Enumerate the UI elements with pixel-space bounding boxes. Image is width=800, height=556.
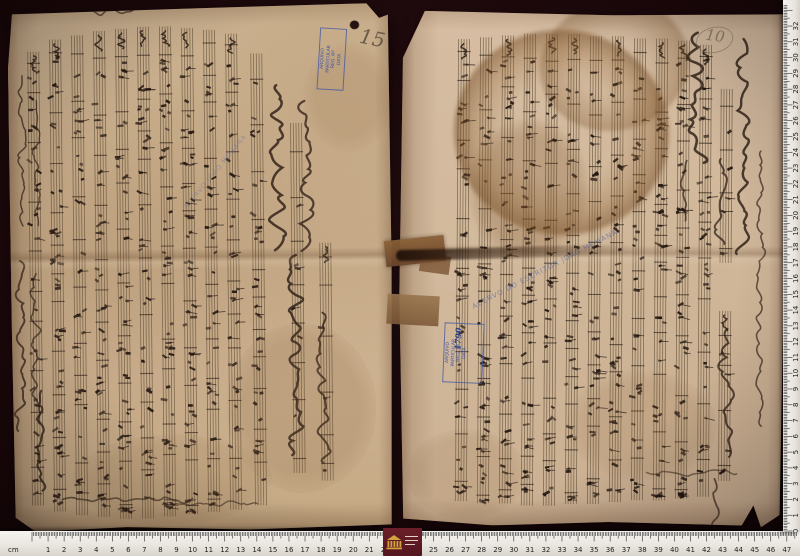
ruler-vertical-scale: 0123456789101112131415161718192021222324… (783, 0, 800, 532)
svg-text:6: 6 (126, 546, 131, 554)
archive-stamp-right: ARQUIVO PARTICULAR REG. Nº DATA 1790 (441, 321, 485, 385)
svg-text:7: 7 (792, 418, 800, 422)
svg-text:17: 17 (792, 258, 800, 267)
svg-text:21: 21 (365, 546, 374, 554)
svg-text:3: 3 (792, 481, 800, 485)
logo-text-line (405, 544, 415, 545)
svg-text:4: 4 (792, 465, 800, 470)
svg-text:41: 41 (686, 546, 695, 554)
manuscript-page-left: ACERVO JOÃO MOHANA ARQUIVO PARTICULAR RE… (10, 4, 392, 530)
archive-stamp-left: ARQUIVO PARTICULAR REG. Nº DATA (315, 26, 348, 92)
svg-text:cm: cm (8, 546, 19, 554)
svg-text:1: 1 (46, 546, 50, 554)
svg-text:12: 12 (792, 337, 800, 346)
svg-text:9: 9 (174, 546, 178, 554)
svg-text:26: 26 (792, 116, 800, 125)
svg-text:39: 39 (654, 546, 663, 554)
svg-text:31: 31 (525, 546, 534, 554)
svg-text:18: 18 (792, 242, 800, 251)
svg-text:10: 10 (188, 546, 197, 554)
svg-text:25: 25 (429, 546, 438, 554)
svg-text:20: 20 (792, 211, 800, 220)
page-number-pencil-left: 15 (357, 24, 387, 53)
page-number-pencil-right: 10 (705, 26, 726, 46)
svg-text:10: 10 (792, 369, 800, 378)
svg-text:19: 19 (792, 227, 800, 236)
svg-text:16: 16 (792, 274, 800, 283)
music-notation-layer-right (396, 9, 786, 528)
svg-text:30: 30 (792, 53, 800, 62)
svg-text:44: 44 (734, 546, 743, 554)
archive-logo-building-icon (385, 532, 405, 552)
svg-text:15: 15 (792, 290, 800, 299)
svg-text:33: 33 (558, 546, 567, 554)
svg-text:46: 46 (766, 546, 775, 554)
svg-text:5: 5 (110, 546, 114, 554)
photograph: ACERVO JOÃO MOHANA ARQUIVO PARTICULAR RE… (0, 0, 800, 556)
tape-repair (386, 294, 439, 327)
svg-text:27: 27 (461, 546, 470, 554)
svg-text:22: 22 (792, 179, 800, 188)
svg-text:36: 36 (606, 546, 615, 554)
svg-text:9: 9 (792, 387, 800, 391)
svg-text:26: 26 (445, 546, 454, 554)
svg-text:4: 4 (94, 546, 99, 554)
manuscript-page-right: ACERVO DO ESCRITOR JOÃO MOHANA ARQUIVO P… (398, 10, 784, 526)
svg-text:11: 11 (792, 353, 800, 362)
svg-text:37: 37 (622, 546, 631, 554)
svg-text:24: 24 (792, 147, 800, 156)
svg-text:25: 25 (792, 132, 800, 141)
svg-text:15: 15 (268, 546, 277, 554)
svg-text:3: 3 (78, 546, 82, 554)
svg-text:30: 30 (509, 546, 518, 554)
svg-text:31: 31 (792, 37, 800, 46)
svg-text:47: 47 (782, 546, 791, 554)
svg-text:13: 13 (236, 546, 245, 554)
svg-text:5: 5 (792, 450, 800, 454)
svg-text:0: 0 (792, 529, 800, 532)
svg-text:32: 32 (792, 22, 800, 31)
svg-text:8: 8 (792, 403, 800, 407)
svg-text:16: 16 (284, 546, 293, 554)
svg-text:32: 32 (541, 546, 550, 554)
svg-text:27: 27 (792, 100, 800, 109)
svg-text:14: 14 (252, 546, 261, 554)
svg-text:28: 28 (792, 85, 800, 94)
svg-text:42: 42 (702, 546, 711, 554)
svg-text:2: 2 (62, 546, 66, 554)
svg-text:21: 21 (792, 195, 800, 204)
svg-text:28: 28 (477, 546, 486, 554)
svg-text:29: 29 (493, 546, 502, 554)
stamp-registration-number: 1790 (453, 327, 464, 350)
manuscript-page-left-paper: ACERVO JOÃO MOHANA ARQUIVO PARTICULAR RE… (7, 2, 394, 532)
svg-text:45: 45 (750, 546, 759, 554)
archive-logo (383, 528, 422, 556)
svg-text:38: 38 (638, 546, 647, 554)
svg-text:43: 43 (718, 546, 727, 554)
svg-text:35: 35 (590, 546, 599, 554)
svg-text:17: 17 (301, 546, 310, 554)
ink-blot (349, 20, 359, 29)
ruler-vertical: 0123456789101112131415161718192021222324… (783, 0, 800, 532)
logo-text-line (405, 540, 418, 541)
svg-text:1: 1 (792, 513, 800, 517)
svg-text:6: 6 (792, 434, 800, 439)
svg-text:18: 18 (317, 546, 326, 554)
svg-text:2: 2 (792, 497, 800, 501)
svg-text:8: 8 (158, 546, 162, 554)
manuscript-page-right-paper: ACERVO DO ESCRITOR JOÃO MOHANA ARQUIVO P… (396, 9, 786, 528)
svg-text:40: 40 (670, 546, 679, 554)
logo-text-line (405, 536, 418, 537)
svg-text:14: 14 (792, 305, 800, 314)
svg-text:19: 19 (333, 546, 342, 554)
svg-text:13: 13 (792, 321, 800, 330)
svg-text:7: 7 (142, 546, 146, 554)
svg-text:34: 34 (574, 546, 583, 554)
svg-text:23: 23 (792, 164, 800, 173)
svg-text:12: 12 (220, 546, 229, 554)
svg-text:20: 20 (349, 546, 358, 554)
svg-text:11: 11 (204, 546, 213, 554)
svg-text:29: 29 (792, 69, 800, 78)
